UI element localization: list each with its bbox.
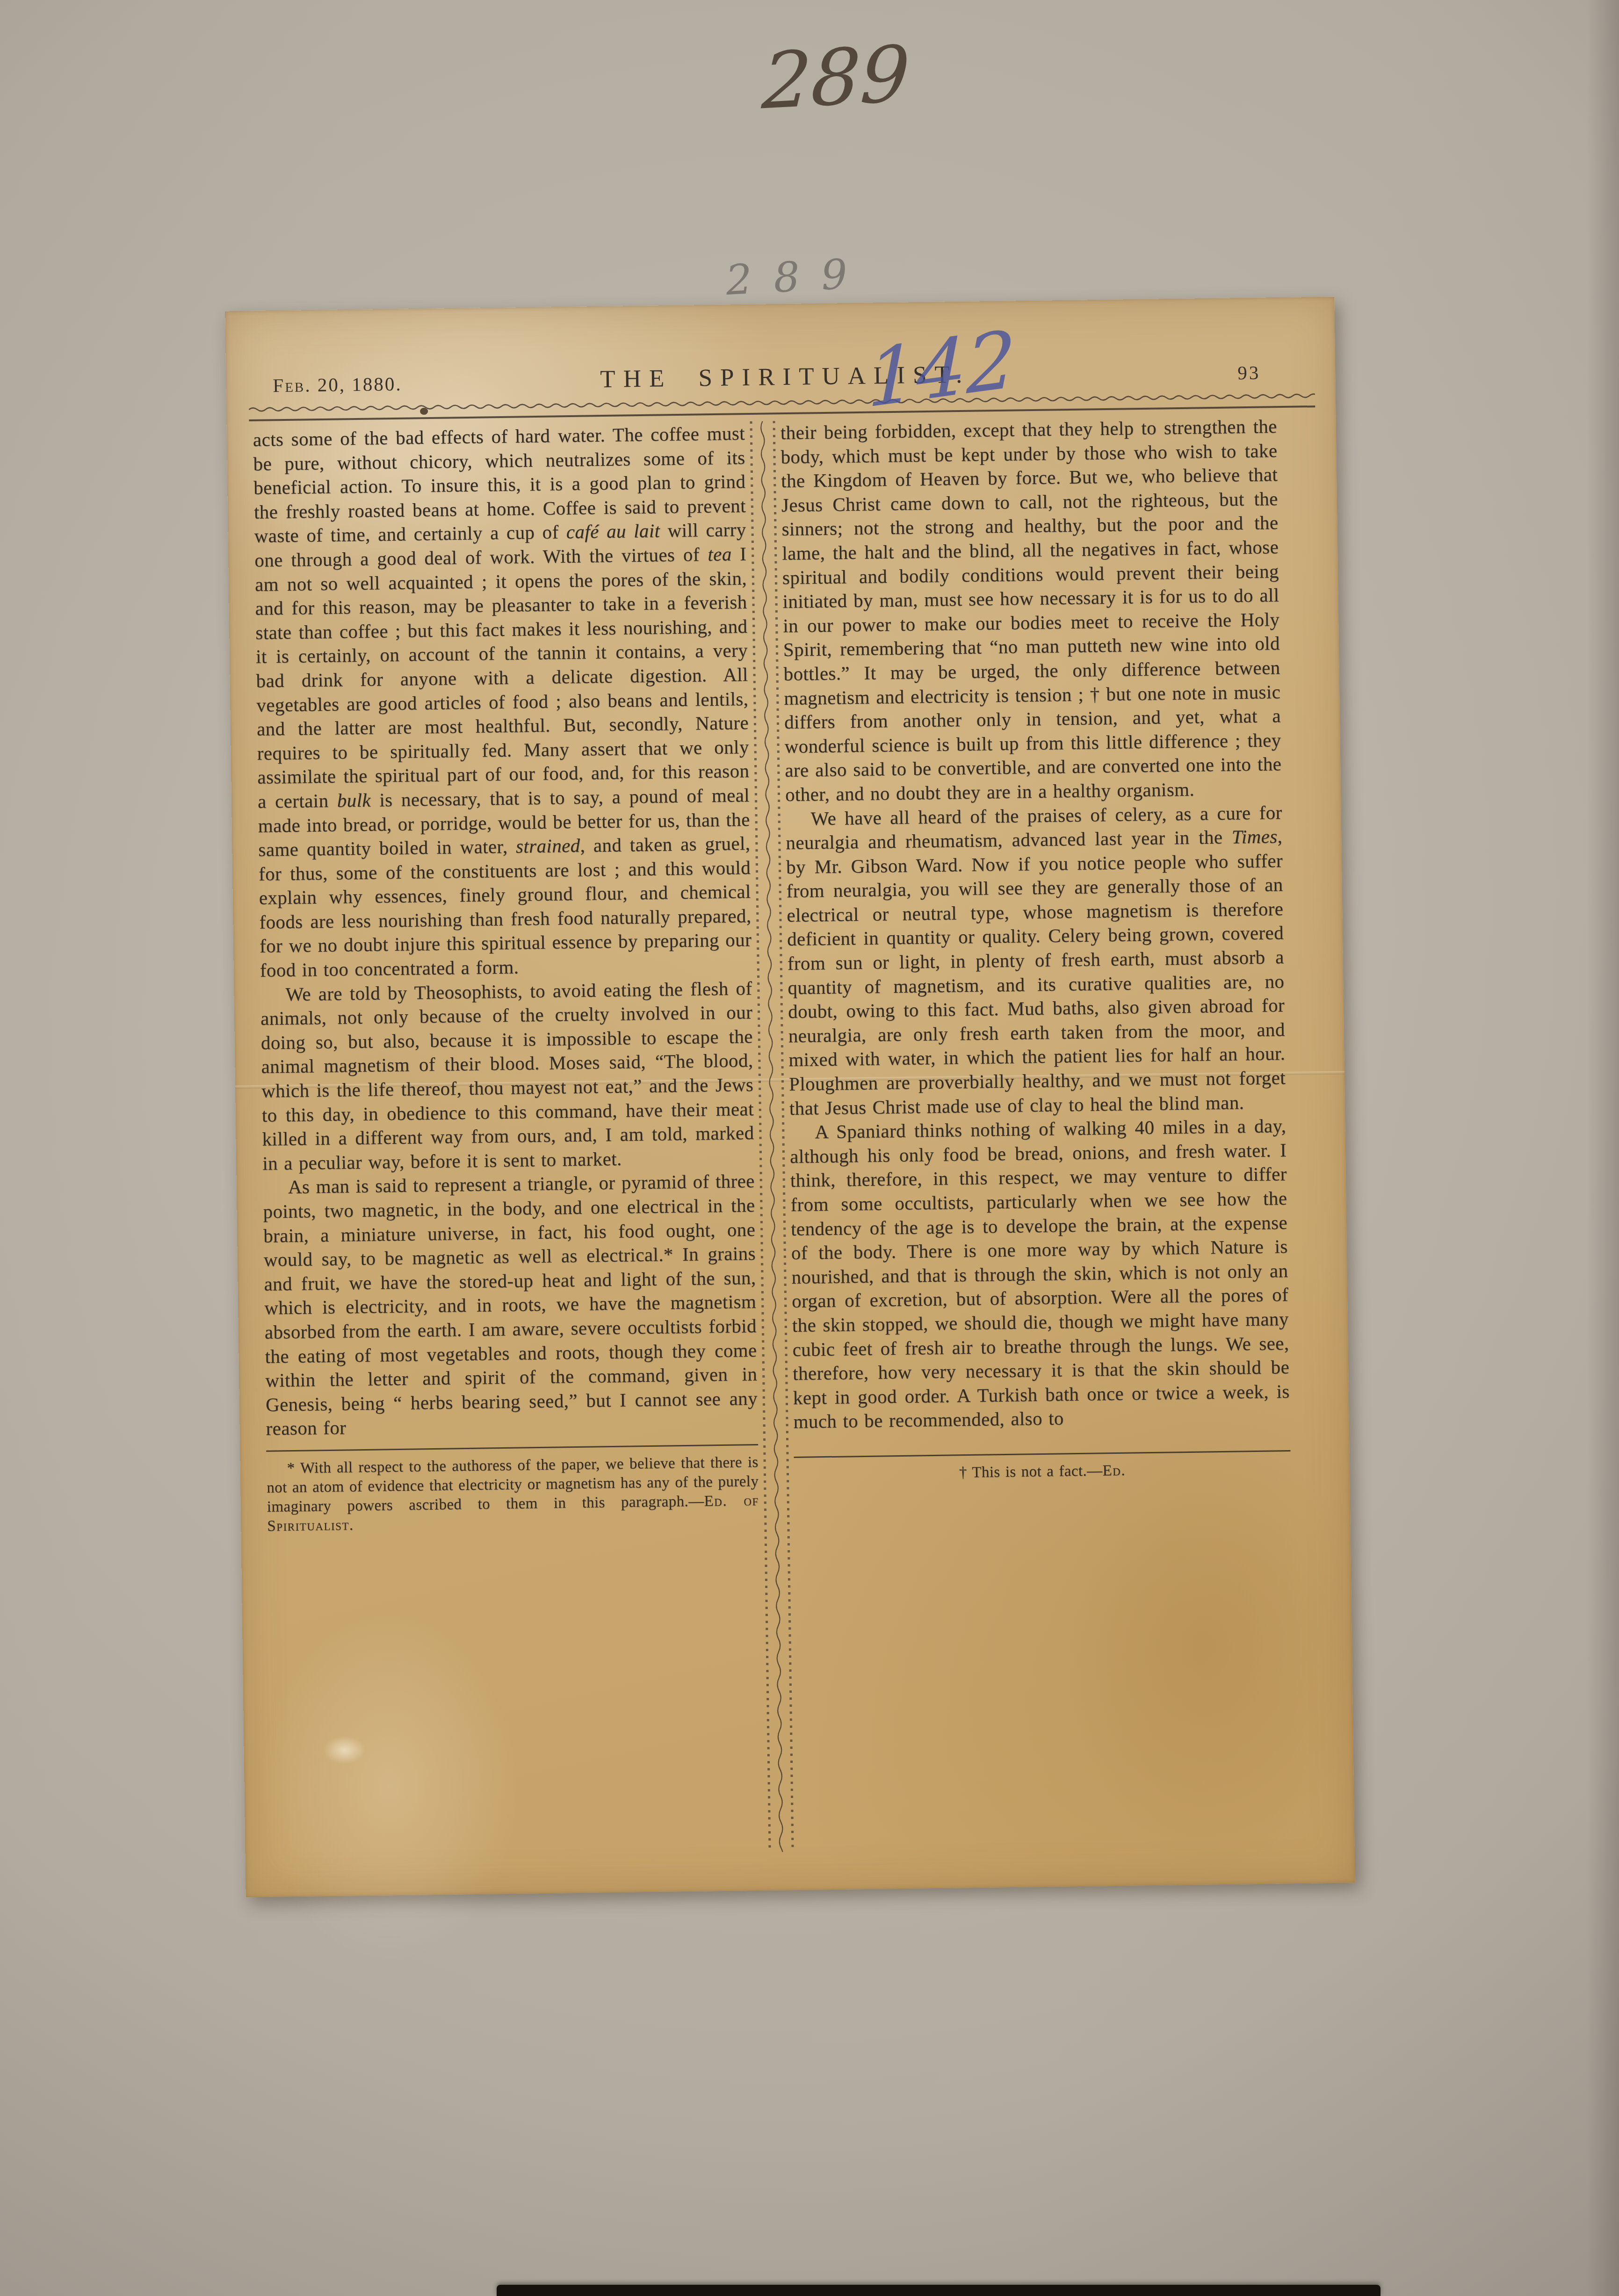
text-segment: * With all respect to the authoress of t… [267, 1454, 759, 1516]
paragraph: As man is said to represent a triangle, … [263, 1169, 758, 1441]
footnote: * With all respect to the authoress of t… [266, 1453, 759, 1536]
text-segment: I am not so well acquainted ; it opens t… [255, 543, 750, 812]
paragraph: acts some of the bad effects of hard wat… [253, 421, 752, 982]
scan-edge-shade [1586, 0, 1619, 2296]
scan-edge-strip [497, 2285, 1380, 2296]
paragraph: We are told by Theosophists, to avoid ea… [260, 976, 754, 1176]
text-segment: strained [516, 835, 580, 857]
masthead-date: Feb. 20, 1880. [273, 373, 402, 397]
handwritten-number-ink: 289 [760, 29, 912, 126]
text-segment: † This is not a fact.— [959, 1462, 1103, 1481]
paragraph: their being forbidden, except that they … [781, 414, 1282, 807]
masthead-page-number: 93 [1237, 361, 1261, 384]
footnote-rule [266, 1444, 758, 1452]
paragraph: We have all heard of the praises of cele… [785, 801, 1286, 1121]
scan-background: { "colors": { "paper": "#c9a96e", "mount… [0, 0, 1619, 2296]
article-columns: acts some of the bad effects of hard wat… [253, 414, 1296, 1858]
text-segment: bulk [337, 789, 371, 811]
footnote: † This is not a fact.—Ed. [794, 1459, 1291, 1485]
newspaper-page: 142 Feb. 20, 1880. THE SPIRITUALIST. 93 … [225, 297, 1355, 1898]
text-segment: tea [708, 543, 732, 565]
text-segment: A Spaniard thinks nothing of walking 40 … [790, 1115, 1290, 1432]
handwritten-number-pencil: 289 [725, 249, 870, 304]
text-segment: , by Mr. Gibson Ward. Now if you notice … [786, 825, 1286, 1119]
text-segment: café au lait [566, 520, 660, 543]
text-segment: We have all heard of the praises of cele… [786, 801, 1282, 853]
text-segment: We are told by Theosophists, to avoid ea… [260, 977, 754, 1174]
left-column: acts some of the bad effects of hard wat… [253, 421, 764, 1859]
mount-sheet: 289 289 142 Feb. 20, 1880. THE SPIRITUAL… [0, 0, 1619, 2296]
text-segment: As man is said to represent a triangle, … [263, 1170, 758, 1439]
right-column: their being forbidden, except that they … [781, 414, 1296, 1852]
text-segment: Ed. [1102, 1462, 1126, 1480]
paragraph: A Spaniard thinks nothing of walking 40 … [789, 1114, 1290, 1434]
text-segment: Times [1232, 825, 1278, 847]
footnote-rule [794, 1450, 1291, 1458]
text-segment: their being forbidden, except that they … [781, 415, 1282, 805]
